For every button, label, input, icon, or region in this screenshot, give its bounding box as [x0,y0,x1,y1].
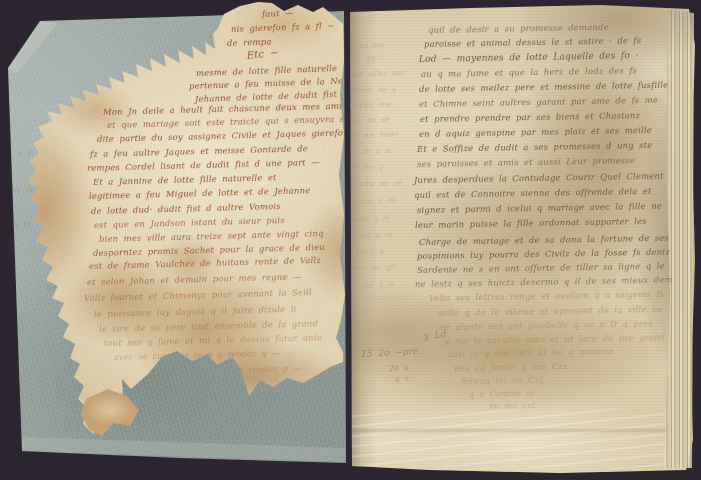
right-page-text-layer: quil de desir a su promesse demandeparoi… [0,0,701,480]
manuscript-line-right: au q ma fume et que la herz de lodz des … [421,67,637,79]
manuscript-line-right-faded: q ma le carville pser et ut lace de pre … [444,334,665,346]
manuscript-line-right: signez et parmi d icelui q mariage avec … [417,203,662,216]
manuscript-line-right: paroisse et animal dessus le st astire ·… [424,37,641,49]
gutter-showthrough-mark: somoz ne q [350,86,397,95]
gutter-showthrough-mark: Long q se [352,232,393,240]
manuscript-photo: fins qme neq le faut —nis gierefon fz a … [0,0,701,480]
manuscript-line-right-faded: q o Cemme ss [469,390,535,399]
manuscript-line-right: Et e Soffize de dudit a ses promesses d … [417,142,653,155]
marginal-numeral: q o [395,376,409,383]
manuscript-line-right-faded: fereqq mi ne CzL [461,377,545,387]
gutter-showthrough-mark: s me q le [354,282,395,290]
marginal-numeral: 15 2o ~pre [361,348,419,360]
manuscript-line-right: Lod — mayennes de lotte Laquelle des fo … [419,52,639,65]
gutter-showthrough-mark: wollen ime [349,102,392,110]
manuscript-line-right: Jures desperdues la Contudage Courir Que… [414,173,664,186]
gutter-showthrough-mark: sy mo [360,42,384,50]
manuscript-line-right: leur marin puisse la fille ordonnat supp… [415,218,647,231]
gutter-showthrough-mark: me villez anz [352,70,405,79]
manuscript-line-right-faded: pes aq fenne q ses Czz [454,363,568,373]
gutter-showthrough-mark: q~ ne se [352,117,390,125]
gutter-showthrough-mark: s ore q mi [352,197,397,206]
gutter-showthrough-mark: q ville ne se [350,180,402,189]
gutter-showthrough-mark: gunz q le [351,215,390,223]
manuscript-line-right: Charge de mariage et de sa dona la fortu… [419,235,669,248]
manuscript-line-right: quil de desir a su promesse demande [428,24,609,36]
manuscript-line-right-faded: ne plante ses ant plusbelle q se a D q p… [439,320,653,332]
manuscript-line-right: et Chimne seint aultres garant par ame d… [419,97,658,110]
manuscript-line-right-faded: ausi le q lom lele ld ne q genmee [447,348,614,359]
manuscript-line-right: de lotte ses meilez pere et messine de l… [419,82,668,95]
manuscript-line-right: Sardente ne s en ont offerte de tiller s… [417,263,665,276]
manuscript-line-right-faded: mille q de le mleme et apresent de la vi… [437,306,663,318]
manuscript-line-right: ses paroisses et amis et aussi Leur prom… [417,157,635,169]
manuscript-line-right: quil est de Connoitre sienne des offrend… [414,188,652,201]
gutter-showthrough-mark: mi we nesel [350,131,399,140]
manuscript-line-right: et prendre prendre par ses biens et Chas… [420,112,640,124]
manuscript-line-right: ne lestz q ses huictz desermo q il de se… [415,277,673,290]
marginal-numeral: 2o s [389,364,409,373]
gutter-showthrough-mark: 19 ~ [366,56,386,64]
gutter-showthrough-mark: Jmo ne qll [353,265,395,273]
manuscript-line-right-faded: Vella ses lettres ronge et assilom q a s… [429,291,664,304]
manuscript-line-right: pospinions luy pourra des Civilz de la f… [417,249,670,262]
gutter-showthrough-mark: s ne q le [353,148,392,156]
manuscript-line-right: en d aquiz genspine par mes plaiz et ses… [419,127,652,140]
gutter-showthrough-mark: le mo q [351,164,383,172]
gutter-showthrough-mark: Jm s q [356,248,384,256]
manuscript-line-right-faded: ne mo ant [489,402,536,411]
